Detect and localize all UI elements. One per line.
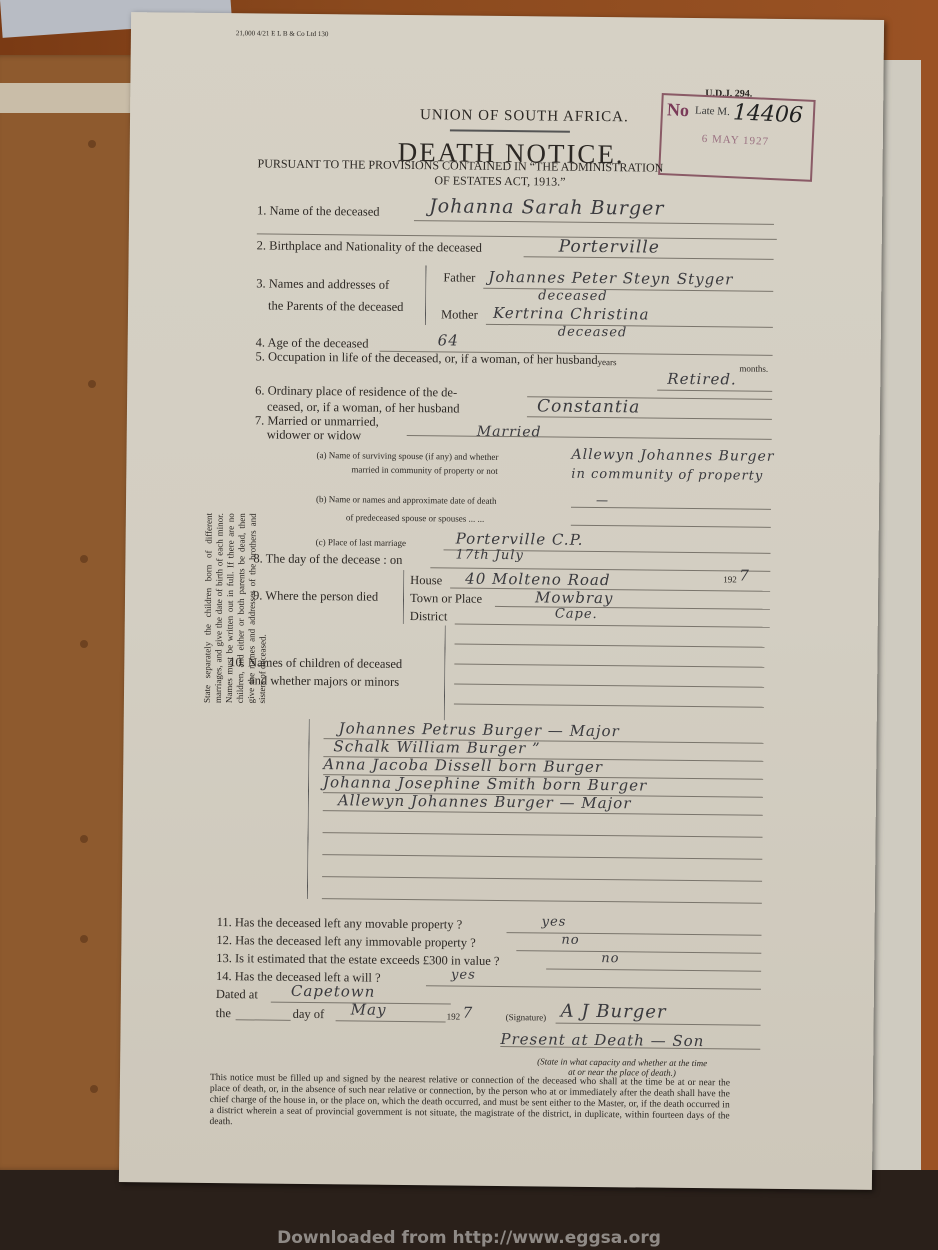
field-7b-label-line2: of predeceased spouse or spouses ... ... (346, 512, 485, 523)
years-label: years (597, 357, 616, 367)
field-13-value: no (601, 951, 619, 966)
months-label: months. (739, 363, 768, 373)
field-7b-label-line1: (b) Name or names and approximate date o… (316, 494, 497, 506)
punch-hole (88, 140, 96, 148)
dated-label: Dated at (216, 987, 258, 1002)
folder-flap (0, 83, 150, 113)
instructions-footer: This notice must be filled up and signed… (209, 1073, 730, 1133)
town-label: Town or Place (410, 591, 482, 607)
spouse-value: Allewyn Johannes Burger (571, 447, 774, 465)
mother-value: Kertrina Christina (493, 304, 650, 324)
field-7c-value: Porterville C.P. (456, 530, 584, 549)
stamp-number: 14406 (732, 100, 803, 128)
country-heading: UNION OF SOUTH AFRICA. (420, 107, 629, 126)
mother-note: deceased (558, 325, 628, 341)
field-3-label-line2: the Parents of the deceased (268, 299, 404, 315)
death-notice-page: 21,000 4/21 E L B & Co Ltd 130 U.D.J. 29… (119, 12, 884, 1190)
sign-year-suffix: 7 (463, 1004, 474, 1022)
child-entry: Schalk William Burger ” (333, 737, 540, 757)
father-note: deceased (538, 288, 608, 304)
field-3-label-line1: 3. Names and addresses of (256, 276, 389, 292)
community-value: in community of property (571, 467, 763, 484)
punch-hole (80, 935, 88, 943)
house-label: House (410, 573, 442, 588)
punch-hole (90, 1085, 98, 1093)
district-label: District (410, 609, 448, 624)
punch-hole (80, 555, 88, 563)
father-value: Johannes Peter Steyn Styger (488, 268, 733, 289)
field-10-label-line2: and whether majors or minors (249, 673, 399, 690)
field-13-label: 13. Is it estimated that the estate exce… (216, 951, 499, 969)
field-7-value: Married (477, 424, 542, 441)
field-1-label: 1. Name of the deceased (257, 203, 380, 219)
capacity-note: (State in what capacity and whether at t… (512, 1056, 732, 1078)
mother-label: Mother (441, 307, 478, 322)
the-label: the (216, 1006, 231, 1021)
children-list: Johannes Petrus Burger — Major Schalk Wi… (131, 12, 884, 20)
field-7c-label: (c) Place of last marriage (316, 537, 407, 548)
field-6-value: Constantia (537, 396, 640, 417)
year-suffix: 7 (739, 566, 750, 584)
sign-year-prefix: 192 (447, 1011, 461, 1021)
field-11-label: 11. Has the deceased left any movable pr… (217, 915, 463, 933)
field-7a-label-line2: married in community of property or not (351, 464, 498, 476)
father-label: Father (443, 270, 475, 285)
subtitle-line2: OF ESTATES ACT, 1913.” (434, 173, 565, 189)
year-prefix: 192 (723, 574, 737, 584)
field-1-value: Johanna Sarah Burger (429, 195, 664, 219)
received-stamp: No Late M. 14406 6 MAY 1927 (658, 93, 816, 182)
field-8-value: 17th July (455, 548, 524, 564)
field-7a-label-line1: (a) Name of surviving spouse (if any) an… (316, 450, 498, 462)
town-value: Mowbray (535, 588, 614, 607)
stamp-late-label: Late M. (695, 105, 730, 119)
field-9-label: 9. Where the person died (253, 588, 378, 604)
child-entry: Allewyn Johannes Burger — Major (338, 791, 632, 812)
field-4-value: 64 (438, 331, 459, 349)
signature-label: (Signature) (506, 1012, 547, 1022)
field-8-label: 8. The day of the decease : on (253, 551, 402, 568)
district-value: Cape. (555, 607, 598, 622)
punch-hole (80, 835, 88, 843)
field-6-label-line1: 6. Ordinary place of residence of the de… (255, 383, 457, 400)
children-instructions: State separately the children born of di… (202, 513, 270, 704)
field-2-value: Porterville (559, 237, 660, 258)
house-value: 40 Molteno Road (465, 570, 610, 590)
stamp-no-label: No (667, 99, 690, 121)
field-12-label: 12. Has the deceased left any immovable … (216, 933, 475, 951)
signature-value: A J Burger (561, 1001, 667, 1023)
month-value: May (351, 1000, 387, 1018)
dated-value: Capetown (291, 982, 376, 1001)
capacity-value: Present at Death — Son (500, 1030, 704, 1050)
watermark: Downloaded from http://www.eggsa.org (0, 1228, 938, 1248)
punch-hole (80, 640, 88, 648)
field-12-value: no (561, 933, 579, 948)
field-7-label-line2: widower or widow (267, 428, 362, 444)
day-of-label: day of (293, 1007, 325, 1022)
field-14-value: yes (451, 967, 476, 982)
printer-mark: 21,000 4/21 E L B & Co Ltd 130 (236, 29, 329, 38)
field-5-value: Retired. (667, 370, 737, 389)
punch-hole (88, 380, 96, 388)
field-5-label: 5. Occupation in life of the deceased, o… (255, 349, 597, 368)
field-7b-value: — (596, 493, 609, 507)
stamp-date: 6 MAY 1927 (701, 133, 769, 148)
field-2-label: 2. Birthplace and Nationality of the dec… (257, 238, 482, 255)
field-11-value: yes (542, 914, 567, 929)
